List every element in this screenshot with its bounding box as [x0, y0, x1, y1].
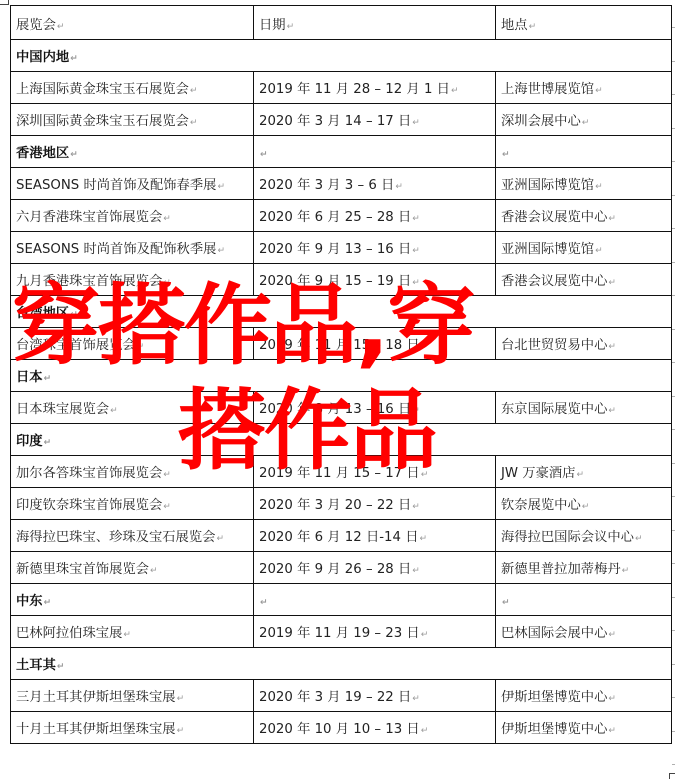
table-row: 上海国际黄金珠宝玉石展览会↵2019 年 11 月 28 – 12 月 1 日↵…	[11, 72, 672, 104]
paragraph-mark-icon: ↵	[190, 87, 198, 96]
venue-cell-text: 亚洲国际博览馆	[501, 178, 594, 193]
exhibition-name-cell: 海得拉巴珠宝、珍珠及宝石展览会↵	[11, 520, 254, 552]
paragraph-mark-icon: ↵	[608, 215, 616, 224]
exhibition-name-cell-text: 十月土耳其伊斯坦堡珠宝展	[16, 722, 176, 737]
exhibition-name-cell-text: 上海国际黄金珠宝玉石展览会	[16, 82, 189, 97]
venue-cell-text: 巴林国际会展中心	[501, 626, 607, 641]
paragraph-mark-icon: ↵	[44, 439, 52, 448]
date-cell-text: 2019 年 11 月 28 – 12 月 1 日	[259, 82, 450, 97]
paragraph-mark-icon: ↵	[608, 695, 616, 704]
region-cell: 土耳其↵	[11, 648, 672, 680]
date-cell: ↵	[254, 584, 496, 616]
paragraph-mark-icon: ↵	[595, 247, 603, 256]
exhibition-name-cell-text: 三月土耳其伊斯坦堡珠宝展	[16, 690, 176, 705]
region-cell-text: 香港地区	[16, 146, 69, 161]
exhibition-name-cell: 深圳国际黄金珠宝玉石展览会↵	[11, 104, 254, 136]
paragraph-mark-icon: ↵	[70, 311, 78, 320]
paragraph-mark-icon: ↵	[622, 567, 630, 576]
table-row: SEASONS 时尚首饰及配饰春季展↵2020 年 3 月 3 – 6 日↵亚洲…	[11, 168, 672, 200]
exhibition-name-cell-text: SEASONS 时尚首饰及配饰秋季展	[16, 242, 216, 257]
paragraph-mark-icon: ↵	[635, 535, 643, 544]
venue-cell-text: 上海世博展览馆	[501, 82, 594, 97]
exhibition-name-cell: 六月香港珠宝首饰展览会↵	[11, 200, 254, 232]
exhibition-name-cell-text: 深圳国际黄金珠宝玉石展览会	[16, 114, 189, 129]
paragraph-mark-icon: ↵	[44, 599, 52, 608]
exhibition-name-cell-text: 六月香港珠宝首饰展览会	[16, 210, 162, 225]
date-cell: 2020 年 3 月 19 – 22 日↵	[254, 680, 496, 712]
venue-cell-text: JW 万豪酒店	[501, 466, 575, 481]
paragraph-mark-icon: ↵	[595, 183, 603, 192]
region-cell: 日本↵	[11, 360, 672, 392]
date-cell: 2020 年 3 月 3 – 6 日↵	[254, 168, 496, 200]
paragraph-mark-icon: ↵	[217, 247, 225, 256]
region-cell: 中东↵	[11, 584, 254, 616]
region-row: 中东↵↵↵	[11, 584, 672, 616]
venue-cell-text: 钦奈展览中心	[501, 498, 581, 513]
table-row: 十月土耳其伊斯坦堡珠宝展↵2020 年 10 月 10 – 13 日↵伊斯坦堡博…	[11, 712, 672, 744]
table-row: 加尔各答珠宝首饰展览会↵2019 年 11 月 15 – 17 日↵JW 万豪酒…	[11, 456, 672, 488]
paragraph-mark-icon: ↵	[123, 631, 131, 640]
region-row: 日本↵	[11, 360, 672, 392]
venue-cell: 伊斯坦堡博览中心↵	[496, 680, 672, 712]
paragraph-mark-icon: ↵	[150, 567, 158, 576]
header-cell-date: 日期↵	[254, 6, 496, 40]
paragraph-mark-icon: ↵	[163, 279, 171, 288]
exhibition-name-cell: 日本珠宝展览会↵	[11, 392, 254, 424]
date-cell-text: 2019 年 11 月 19 – 23 日	[259, 626, 420, 641]
venue-cell: 新德里普拉加蒂梅丹↵	[496, 552, 672, 584]
paragraph-mark-icon: ↵	[412, 503, 420, 512]
venue-cell-text: 伊斯坦堡博览中心	[501, 690, 607, 705]
venue-cell-text: 东京国际展览中心	[501, 402, 607, 417]
region-cell-text: 中国内地	[16, 50, 69, 65]
region-cell: 中国内地↵	[11, 40, 672, 72]
table-row: 台湾珠宝首饰展览会↵2019 年 11 月 15 – 18 日↵台北世贸贸易中心…	[11, 328, 672, 360]
exhibition-name-cell-text: 新德里珠宝首饰展览会	[16, 562, 149, 577]
date-cell: 2019 年 11 月 15 – 18 日↵	[254, 328, 496, 360]
exhibition-table: 展览会↵ 日期↵ 地点↵ 中国内地↵上海国际黄金珠宝玉石展览会↵2019 年 1…	[10, 5, 672, 744]
paragraph-mark-icon: ↵	[412, 247, 420, 256]
paragraph-mark-icon: ↵	[190, 119, 198, 128]
region-row: 土耳其↵	[11, 648, 672, 680]
venue-cell: 台北世贸贸易中心↵	[496, 328, 672, 360]
paragraph-mark-icon: ↵	[137, 343, 145, 352]
venue-cell: 东京国际展览中心↵	[496, 392, 672, 424]
venue-cell: ↵	[496, 136, 672, 168]
region-cell-text: 日本	[16, 370, 43, 385]
exhibition-name-cell: 三月土耳其伊斯坦堡珠宝展↵	[11, 680, 254, 712]
paragraph-mark-icon: ↵	[421, 727, 429, 736]
paragraph-mark-icon: ↵	[177, 695, 185, 704]
paragraph-mark-icon: ↵	[70, 55, 78, 64]
paragraph-mark-icon: ↵	[608, 279, 616, 288]
table-row: 海得拉巴珠宝、珍珠及宝石展览会↵2020 年 6 月 12 日-14 日↵海得拉…	[11, 520, 672, 552]
region-row: 印度↵	[11, 424, 672, 456]
date-cell: 2020 年 8 月 13 – 16 日↵	[254, 392, 496, 424]
paragraph-mark-icon: ↵	[595, 87, 603, 96]
paragraph-mark-icon: ↵	[421, 343, 429, 352]
date-cell: 2020 年 6 月 12 日-14 日↵	[254, 520, 496, 552]
date-cell: 2019 年 11 月 28 – 12 月 1 日↵	[254, 72, 496, 104]
paragraph-mark-icon: ↵	[57, 23, 65, 32]
date-cell-text: 2020 年 8 月 13 – 16 日	[259, 402, 411, 417]
date-cell-text: 2020 年 6 月 25 – 28 日	[259, 210, 411, 225]
exhibition-name-cell: 加尔各答珠宝首饰展览会↵	[11, 456, 254, 488]
exhibition-name-cell-text: SEASONS 时尚首饰及配饰春季展	[16, 178, 216, 193]
region-cell: 印度↵	[11, 424, 672, 456]
date-cell: 2020 年 3 月 20 – 22 日↵	[254, 488, 496, 520]
date-cell: 2020 年 6 月 25 – 28 日↵	[254, 200, 496, 232]
region-row: 中国内地↵	[11, 40, 672, 72]
region-cell: 台湾地区↵	[11, 296, 672, 328]
paragraph-mark-icon: ↵	[412, 567, 420, 576]
venue-cell-text: 海得拉巴国际会议中心	[501, 530, 634, 545]
paragraph-mark-icon: ↵	[177, 727, 185, 736]
venue-cell: 钦奈展览中心↵	[496, 488, 672, 520]
exhibition-name-cell: SEASONS 时尚首饰及配饰秋季展↵	[11, 232, 254, 264]
table-row: 日本珠宝展览会↵2020 年 8 月 13 – 16 日↵东京国际展览中心↵	[11, 392, 672, 424]
exhibition-name-cell-text: 印度钦奈珠宝首饰展览会	[16, 498, 162, 513]
date-cell-text: 2019 年 11 月 15 – 18 日	[259, 338, 420, 353]
exhibition-name-cell-text: 日本珠宝展览会	[16, 402, 109, 417]
venue-cell: ↵	[496, 584, 672, 616]
region-row: 台湾地区↵	[11, 296, 672, 328]
date-cell-text: 2020 年 3 月 14 – 17 日	[259, 114, 411, 129]
exhibition-name-cell: 台湾珠宝首饰展览会↵	[11, 328, 254, 360]
venue-cell-text: 台北世贸贸易中心	[501, 338, 607, 353]
paragraph-mark-icon: ↵	[529, 23, 537, 32]
paragraph-mark-icon: ↵	[163, 215, 171, 224]
paragraph-mark-icon: ↵	[608, 343, 616, 352]
region-row: 香港地区↵↵↵	[11, 136, 672, 168]
date-cell: 2020 年 3 月 14 – 17 日↵	[254, 104, 496, 136]
date-cell: 2020 年 10 月 10 – 13 日↵	[254, 712, 496, 744]
exhibition-name-cell-text: 九月香港珠宝首饰展览会	[16, 274, 162, 289]
paragraph-mark-icon: ↵	[608, 631, 616, 640]
paragraph-mark-icon: ↵	[582, 503, 590, 512]
venue-cell-text: 新德里普拉加蒂梅丹	[501, 562, 621, 577]
venue-cell: 亚洲国际博览馆↵	[496, 168, 672, 200]
paragraph-mark-icon: ↵	[163, 503, 171, 512]
table-row: 九月香港珠宝首饰展览会↵2020 年 9 月 15 – 19 日↵香港会议展览中…	[11, 264, 672, 296]
venue-cell-text: 香港会议展览中心	[501, 210, 607, 225]
paragraph-mark-icon: ↵	[260, 151, 268, 160]
paragraph-mark-icon: ↵	[163, 471, 171, 480]
paragraph-mark-icon: ↵	[582, 119, 590, 128]
venue-cell: 巴林国际会展中心↵	[496, 616, 672, 648]
date-cell: 2020 年 9 月 15 – 19 日↵	[254, 264, 496, 296]
paragraph-mark-icon: ↵	[451, 87, 459, 96]
date-cell-text: 2020 年 9 月 15 – 19 日	[259, 274, 411, 289]
page-corner-mark-top-left	[0, 0, 9, 5]
exhibition-name-cell: SEASONS 时尚首饰及配饰春季展↵	[11, 168, 254, 200]
venue-cell: 上海世博展览馆↵	[496, 72, 672, 104]
header-label-venue: 地点	[501, 18, 528, 33]
paragraph-mark-icon: ↵	[57, 663, 65, 672]
table-body: 展览会↵ 日期↵ 地点↵ 中国内地↵上海国际黄金珠宝玉石展览会↵2019 年 1…	[11, 6, 672, 744]
paragraph-mark-icon: ↵	[412, 407, 420, 416]
paragraph-mark-icon: ↵	[395, 183, 403, 192]
paragraph-mark-icon: ↵	[412, 695, 420, 704]
exhibition-name-cell: 巴林阿拉伯珠宝展↵	[11, 616, 254, 648]
paragraph-mark-icon: ↵	[421, 631, 429, 640]
venue-cell-text: 香港会议展览中心	[501, 274, 607, 289]
table-row: 深圳国际黄金珠宝玉石展览会↵2020 年 3 月 14 – 17 日↵深圳会展中…	[11, 104, 672, 136]
region-cell-text: 中东	[16, 594, 43, 609]
paragraph-mark-icon: ↵	[412, 279, 420, 288]
region-cell-text: 印度	[16, 434, 43, 449]
table-row: 六月香港珠宝首饰展览会↵2020 年 6 月 25 – 28 日↵香港会议展览中…	[11, 200, 672, 232]
exhibition-name-cell-text: 加尔各答珠宝首饰展览会	[16, 466, 162, 481]
venue-cell: JW 万豪酒店↵	[496, 456, 672, 488]
paragraph-mark-icon: ↵	[44, 375, 52, 384]
paragraph-mark-icon: ↵	[260, 599, 268, 608]
table-row: 新德里珠宝首饰展览会↵2020 年 9 月 26 – 28 日↵新德里普拉加蒂梅…	[11, 552, 672, 584]
paragraph-mark-icon: ↵	[576, 471, 584, 480]
table-row: 印度钦奈珠宝首饰展览会↵2020 年 3 月 20 – 22 日↵钦奈展览中心↵	[11, 488, 672, 520]
date-cell-text: 2020 年 9 月 13 – 16 日	[259, 242, 411, 257]
date-cell-text: 2019 年 11 月 15 – 17 日	[259, 466, 420, 481]
date-cell-text: 2020 年 3 月 19 – 22 日	[259, 690, 411, 705]
date-cell-text: 2020 年 10 月 10 – 13 日	[259, 722, 420, 737]
table-row: SEASONS 时尚首饰及配饰秋季展↵2020 年 9 月 13 – 16 日↵…	[11, 232, 672, 264]
exhibition-name-cell: 九月香港珠宝首饰展览会↵	[11, 264, 254, 296]
paragraph-mark-icon: ↵	[608, 727, 616, 736]
date-cell: ↵	[254, 136, 496, 168]
date-cell: 2019 年 11 月 19 – 23 日↵	[254, 616, 496, 648]
paragraph-mark-icon: ↵	[608, 407, 616, 416]
date-cell: 2020 年 9 月 26 – 28 日↵	[254, 552, 496, 584]
exhibition-name-cell-text: 台湾珠宝首饰展览会	[16, 338, 136, 353]
paragraph-mark-icon: ↵	[412, 119, 420, 128]
paragraph-mark-icon: ↵	[216, 535, 224, 544]
paragraph-mark-icon: ↵	[70, 151, 78, 160]
date-cell: 2020 年 9 月 13 – 16 日↵	[254, 232, 496, 264]
venue-cell: 亚洲国际博览馆↵	[496, 232, 672, 264]
venue-cell: 深圳会展中心↵	[496, 104, 672, 136]
venue-cell-text: 亚洲国际博览馆	[501, 242, 594, 257]
exhibition-name-cell-text: 巴林阿拉伯珠宝展	[16, 626, 122, 641]
paragraph-mark-icon: ↵	[287, 23, 295, 32]
date-cell-text: 2020 年 3 月 3 – 6 日	[259, 178, 394, 193]
paragraph-mark-icon: ↵	[110, 407, 118, 416]
venue-cell-text: 深圳会展中心	[501, 114, 581, 129]
exhibition-name-cell-text: 海得拉巴珠宝、珍珠及宝石展览会	[16, 530, 215, 545]
date-cell-text: 2020 年 9 月 26 – 28 日	[259, 562, 411, 577]
header-label-date: 日期	[259, 18, 286, 33]
region-cell: 香港地区↵	[11, 136, 254, 168]
header-label-exhibition: 展览会	[16, 18, 56, 33]
page-corner-mark-bottom-right	[669, 773, 675, 779]
paragraph-mark-icon: ↵	[421, 471, 429, 480]
paragraph-mark-icon: ↵	[217, 183, 225, 192]
paragraph-mark-icon: ↵	[412, 215, 420, 224]
venue-cell: 海得拉巴国际会议中心↵	[496, 520, 672, 552]
exhibition-name-cell: 上海国际黄金珠宝玉石展览会↵	[11, 72, 254, 104]
venue-cell-text: 伊斯坦堡博览中心	[501, 722, 607, 737]
venue-cell: 伊斯坦堡博览中心↵	[496, 712, 672, 744]
exhibition-name-cell: 印度钦奈珠宝首饰展览会↵	[11, 488, 254, 520]
exhibition-name-cell: 十月土耳其伊斯坦堡珠宝展↵	[11, 712, 254, 744]
exhibition-name-cell: 新德里珠宝首饰展览会↵	[11, 552, 254, 584]
date-cell: 2019 年 11 月 15 – 17 日↵	[254, 456, 496, 488]
paragraph-mark-icon: ↵	[502, 599, 510, 608]
paragraph-mark-icon: ↵	[502, 151, 510, 160]
table-row: 巴林阿拉伯珠宝展↵2019 年 11 月 19 – 23 日↵巴林国际会展中心↵	[11, 616, 672, 648]
header-cell-exhibition: 展览会↵	[11, 6, 254, 40]
paragraph-mark-icon: ↵	[420, 535, 428, 544]
header-cell-venue: 地点↵	[496, 6, 672, 40]
venue-cell: 香港会议展览中心↵	[496, 264, 672, 296]
table-header-row: 展览会↵ 日期↵ 地点↵	[11, 6, 672, 40]
table-row: 三月土耳其伊斯坦堡珠宝展↵2020 年 3 月 19 – 22 日↵伊斯坦堡博览…	[11, 680, 672, 712]
region-cell-text: 台湾地区	[16, 306, 69, 321]
region-cell-text: 土耳其	[16, 658, 56, 673]
venue-cell: 香港会议展览中心↵	[496, 200, 672, 232]
date-cell-text: 2020 年 3 月 20 – 22 日	[259, 498, 411, 513]
date-cell-text: 2020 年 6 月 12 日-14 日	[259, 530, 419, 545]
